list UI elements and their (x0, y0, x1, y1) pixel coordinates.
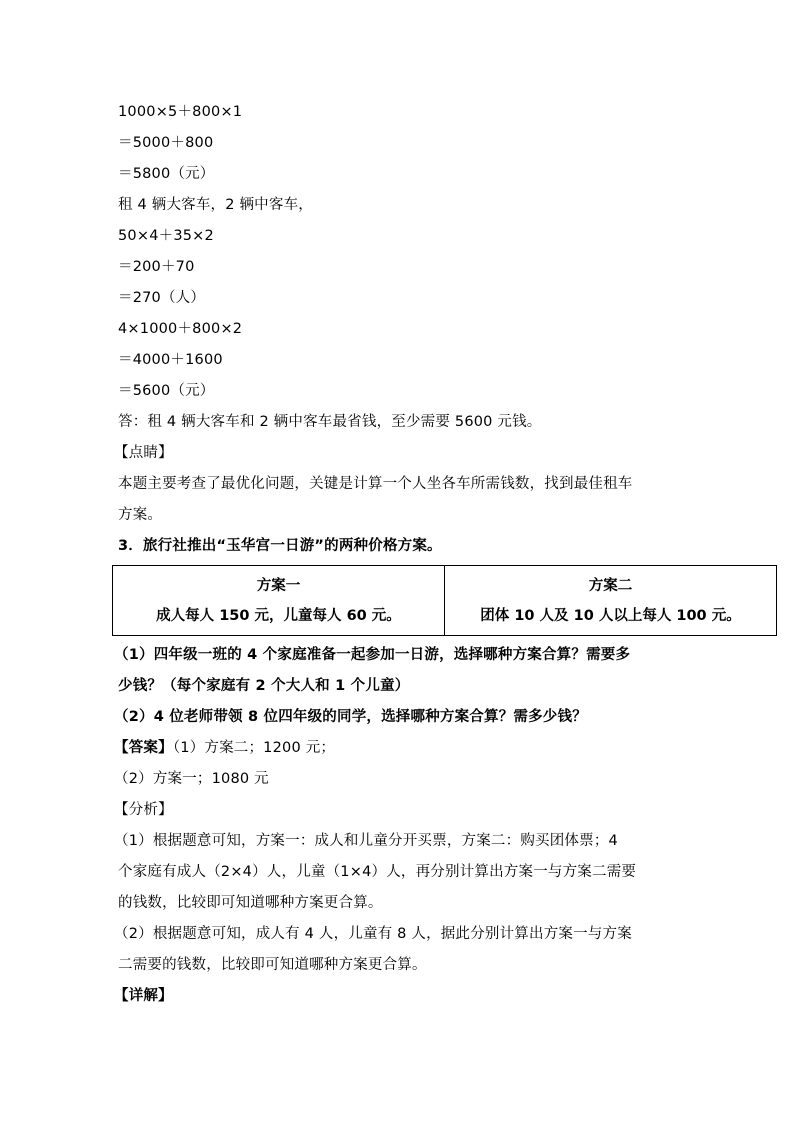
analysis-text: 个家庭有成人（2×4）人，儿童（1×4）人，再分别计算出方案一与方案二需要 (118, 862, 636, 882)
answer-line: （2）方案一；1080 元 (114, 769, 269, 789)
analysis-text: （2）根据题意可知，成人有 4 人，儿童有 8 人，据此分别计算出方案一与方案 (114, 924, 632, 944)
answer-line: 【答案】（1）方案二；1200 元； (114, 738, 335, 758)
calc-line: ＝200＋70 (118, 257, 195, 277)
table-cell-plan-one: 方案一 成人每人 150 元，儿童每人 60 元。 (113, 566, 444, 635)
analysis-text: 的钱数，比较即可知道哪种方案更合算。 (118, 893, 383, 913)
table-cell-plan-two: 方案二 团体 10 人及 10 人以上每人 100 元。 (444, 566, 776, 635)
pricing-table: 方案一 成人每人 150 元，儿童每人 60 元。 方案二 团体 10 人及 1… (112, 565, 777, 636)
plan-two-body: 团体 10 人及 10 人以上每人 100 元。 (480, 606, 740, 626)
document-page: 1000×5＋800×1 ＝5000＋800 ＝5800（元） 租 4 辆大客车… (0, 0, 793, 1122)
calc-line: ＝270（人） (118, 288, 205, 308)
answer-heading: 【答案】 (114, 740, 173, 756)
calc-line: 4×1000＋800×2 (118, 319, 242, 339)
calc-line: 50×4＋35×2 (118, 226, 214, 246)
sub-question: （1）四年级一班的 4 个家庭准备一起参加一日游，选择哪种方案合算？需要多 (114, 645, 630, 665)
answer-text: （1）方案二；1200 元； (173, 740, 335, 756)
calc-line: ＝5800（元） (118, 164, 215, 184)
plan-one-header: 方案一 (257, 576, 301, 596)
calc-line: ＝4000＋1600 (118, 350, 223, 370)
analysis-text: （1）根据题意可知，方案一：成人和儿童分开买票，方案二：购买团体票；4 (114, 831, 618, 851)
sub-question: （2）4 位老师带领 8 位四年级的同学，选择哪种方案合算？需多少钱？ (114, 707, 587, 727)
analysis-heading: 【分析】 (114, 800, 173, 820)
dianjing-text: 方案。 (118, 505, 162, 525)
answer-sentence: 答：租 4 辆大客车和 2 辆中客车最省钱，至少需要 5600 元钱。 (118, 412, 542, 432)
sub-question: 少钱？（每个家庭有 2 个大人和 1 个儿童） (118, 676, 409, 696)
plan-two-header: 方案二 (589, 576, 633, 596)
dianjing-heading: 【点睛】 (114, 443, 173, 463)
analysis-text: 二需要的钱数，比较即可知道哪种方案更合算。 (118, 955, 427, 975)
plan-one-body: 成人每人 150 元，儿童每人 60 元。 (156, 606, 401, 626)
calc-line: ＝5000＋800 (118, 133, 213, 153)
detail-heading: 【详解】 (114, 986, 173, 1006)
dianjing-text: 本题主要考查了最优化问题，关键是计算一个人坐各车所需钱数，找到最佳租车 (118, 474, 633, 494)
calc-line: ＝5600（元） (118, 381, 215, 401)
question-title: 3．旅行社推出“玉华宫一日游”的两种价格方案。 (118, 536, 442, 556)
calc-line: 租 4 辆大客车，2 辆中客车， (118, 195, 313, 215)
calc-line: 1000×5＋800×1 (118, 102, 242, 122)
